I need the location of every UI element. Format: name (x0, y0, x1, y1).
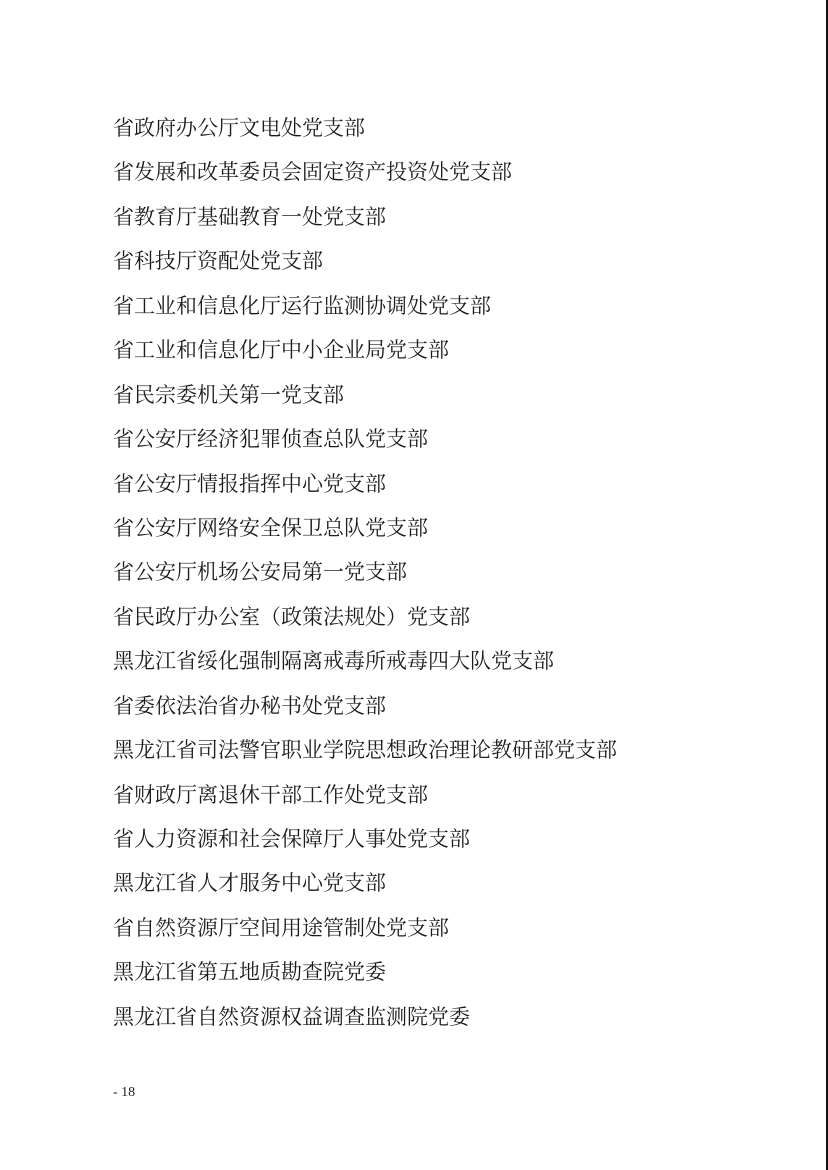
list-item: 黑龙江省自然资源权益调查监测院党委 (113, 1003, 617, 1047)
list-item: 省自然资源厅空间用途管制处党支部 (113, 914, 617, 958)
list-item: 省民政厅办公室（政策法规处）党支部 (113, 603, 617, 647)
list-item: 黑龙江省第五地质勘查院党委 (113, 958, 617, 1002)
list-item: 省发展和改革委员会固定资产投资处党支部 (113, 158, 617, 202)
list-item: 省公安厅情报指挥中心党支部 (113, 470, 617, 514)
list-item: 黑龙江省绥化强制隔离戒毒所戒毒四大队党支部 (113, 647, 617, 691)
list-item: 黑龙江省司法警官职业学院思想政治理论教研部党支部 (113, 736, 617, 780)
list-item: 黑龙江省人才服务中心党支部 (113, 869, 617, 913)
list-item: 省教育厅基础教育一处党支部 (113, 203, 617, 247)
list-item: 省公安厅网络安全保卫总队党支部 (113, 514, 617, 558)
list-item: 省民宗委机关第一党支部 (113, 381, 617, 425)
list-item: 省公安厅机场公安局第一党支部 (113, 558, 617, 602)
party-branch-list: 省政府办公厅文电处党支部 省发展和改革委员会固定资产投资处党支部 省教育厅基础教… (113, 114, 617, 1047)
list-item: 省人力资源和社会保障厅人事处党支部 (113, 825, 617, 869)
list-item: 省科技厅资配处党支部 (113, 247, 617, 291)
list-item: 省财政厅离退休干部工作处党支部 (113, 781, 617, 825)
list-item: 省委依法治省办秘书处党支部 (113, 692, 617, 736)
document-page: 省政府办公厅文电处党支部 省发展和改革委员会固定资产投资处党支部 省教育厅基础教… (0, 0, 826, 1170)
page-number: - 18 (113, 1085, 135, 1101)
list-item: 省政府办公厅文电处党支部 (113, 114, 617, 158)
list-item: 省工业和信息化厅运行监测协调处党支部 (113, 292, 617, 336)
list-item: 省工业和信息化厅中小企业局党支部 (113, 336, 617, 380)
list-item: 省公安厅经济犯罪侦查总队党支部 (113, 425, 617, 469)
